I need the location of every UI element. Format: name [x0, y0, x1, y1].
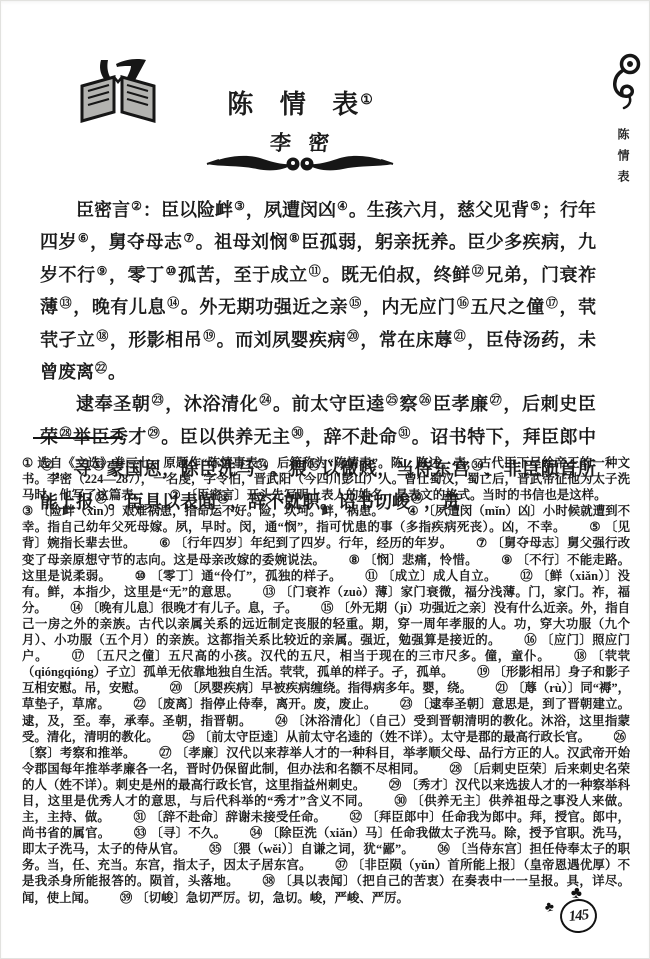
footnote-number: ⑯ — [524, 633, 537, 647]
footnote-item: ㉟〔猥（wěi）〕自谦之词，犹“鄙”。 — [209, 842, 437, 856]
note-ref: ⑬ — [60, 296, 73, 310]
footnote-number: ⑮ — [321, 601, 333, 615]
note-ref: ⑮ — [349, 296, 362, 310]
footnote-item: ⑧〔悯〕悲痛，怜惜。 — [349, 553, 502, 567]
footnote-text: 〔五尺之僮〕五尺高的小孩。汉代的五尺，相当于现在的三市尺多。僮，童仆。 — [89, 649, 550, 663]
footnote-number: ⑭ — [70, 601, 82, 615]
footnote-text: 〔晚有儿息〕很晚才有儿子。息，子。 — [87, 601, 298, 615]
footnote-item: ㊴〔切峻〕急切严厉。切，急切。峻，严峻、严厉。 — [120, 891, 409, 905]
footnote-number: ⑧ — [349, 553, 360, 567]
note-ref: ⑰ — [546, 296, 559, 310]
footnotes: ①选自《文选》卷三七。原题作“陈情事表”，后简称为“陈情表”。陈，陈述。表，古代… — [22, 455, 630, 906]
footnote-item: ㉕〔前太守臣逵〕从前太守名逵的（姓不详）。太守是郡的最高行政长官。 — [182, 730, 613, 744]
footnote-number: ④ — [407, 504, 418, 518]
footnote-number: ㉖ — [614, 730, 626, 744]
note-ref: ⑨ — [97, 264, 108, 278]
footnote-item: ㉛〔辞不赴命〕辞谢未接受任命。 — [134, 810, 350, 824]
footnote-number: ㉜ — [350, 810, 363, 824]
footnote-number: ⑩ — [135, 569, 146, 583]
body-paragraph: 臣密言②：臣以险衅③，夙遭闵凶④。生孩六月，慈父见背⑤；行年四岁⑥，舅夺母志⑦。… — [40, 192, 596, 386]
title-note-ref: ① — [360, 93, 373, 108]
footnote-text: 〔险衅（xìn）〕艰难祸患，指命运不好。险，坎坷。衅，祸患。 — [37, 504, 384, 518]
page-number-stamp: ♣ ♣ 145 — [547, 888, 607, 940]
note-ref: ② — [131, 199, 142, 213]
page-number: 145 — [568, 907, 589, 926]
footnote-divider — [33, 437, 122, 439]
note-ref: ⑤ — [530, 199, 541, 213]
footnote-item: ③〔险衅（xìn）〕艰难祸患，指命运不好。险，坎坷。衅，祸患。 — [22, 504, 407, 518]
footnote-number: ㉟ — [209, 842, 222, 856]
note-ref: ㉒ — [95, 361, 107, 375]
footnote-number: ⑳ — [170, 681, 182, 695]
footnote-item: ⑥〔行年四岁〕年纪到了四岁。行年，经历的年岁。 — [159, 536, 476, 550]
footnote-number: ㊲ — [335, 858, 348, 872]
note-ref: ⑳ — [347, 329, 359, 343]
note-ref: ⑭ — [167, 296, 180, 310]
margin-chapter-label: 陈情表 — [615, 128, 632, 218]
footnote-number: ㉒ — [134, 697, 147, 711]
footnote-number: ⑰ — [72, 649, 85, 663]
author-flourish-icon — [205, 151, 395, 177]
note-ref: ④ — [337, 199, 348, 213]
footnote-number: ⑱ — [574, 649, 587, 663]
footnote-number: ⑬ — [263, 585, 276, 599]
footnote-number: ㉚ — [394, 794, 407, 808]
footnote-number: ㉙ — [389, 778, 401, 792]
note-ref: ⑲ — [203, 329, 215, 343]
footnote-number: ㉗ — [159, 746, 172, 760]
footnote-number: ⑥ — [159, 536, 170, 550]
note-ref: ⑩ — [166, 264, 177, 278]
page-title-text: 陈 情 表 — [227, 90, 360, 119]
footnote-text: 〔辞不赴命〕辞谢未接受任命。 — [150, 810, 326, 824]
footnote-item: ②〔臣密言〕开头先写明上表人的姓名，是表文的格式。当时的书信也是这样。 — [170, 488, 630, 502]
note-ref: ㉙ — [148, 426, 160, 440]
note-ref: ③ — [234, 199, 245, 213]
footnote-number: ⑤ — [589, 520, 601, 534]
footnote-number: ㊴ — [120, 891, 132, 905]
footnote-item: ⑭〔晚有儿息〕很晚才有儿子。息，子。 — [70, 601, 321, 615]
footnote-number: ⑦ — [476, 536, 487, 550]
footnote-number: ⑪ — [365, 569, 378, 583]
footnote-text: 〔行年四岁〕年纪到了四岁。行年，经历的年岁。 — [175, 536, 453, 550]
footnote-text: 〔悯〕悲痛，怜惜。 — [364, 553, 478, 567]
note-ref: ㉚ — [292, 426, 304, 440]
footnote-number: ② — [170, 488, 181, 502]
footnote-text: 〔夙婴疾病〕早被疾病缠绕。指得病多年。婴，绕。 — [186, 681, 472, 695]
footnote-number: ⑨ — [501, 553, 512, 567]
footnote-number: ㉛ — [134, 810, 147, 824]
footnote-number: ㉓ — [400, 697, 413, 711]
footnote-number: ⑫ — [520, 569, 533, 583]
footnote-text: 〔寻〕不久。 — [151, 826, 227, 840]
note-ref: ⑫ — [472, 264, 485, 278]
note-ref: ㉓ — [152, 393, 165, 407]
footnote-number: ⑲ — [477, 665, 489, 679]
footnote-text: 〔猥（wěi）〕自谦之词，犹“鄙”。 — [226, 842, 414, 856]
footnote-item: ⑪〔成立〕成人自立。 — [365, 569, 520, 583]
page-number-circle: 145 — [558, 897, 598, 935]
footnote-text: 〔成立〕成人自立。 — [382, 569, 497, 583]
footnote-number: ㉔ — [275, 714, 288, 728]
note-ref: ⑱ — [96, 329, 108, 343]
footnote-number: ㊳ — [263, 874, 276, 888]
note-ref: ㉗ — [490, 393, 503, 407]
margin-ornament-icon — [610, 52, 644, 110]
floral-divider-icon — [205, 151, 395, 177]
footnote-number: ㉝ — [134, 826, 147, 840]
footnote-number: ㉕ — [182, 730, 194, 744]
footnote-text: 〔臣密言〕开头先写明上表人的姓名，是表文的格式。当时的书信也是这样。 — [185, 488, 607, 502]
footnote-item: ⑳〔夙婴疾病〕早被疾病缠绕。指得病多年。婴，绕。 — [170, 681, 496, 695]
footnote-item: ⑩〔零丁〕通“伶仃”，孤独的样子。 — [135, 569, 366, 583]
footnote-number: ① — [22, 456, 33, 470]
note-ref: ㉛ — [398, 426, 410, 440]
note-ref: ㉑ — [454, 329, 466, 343]
footnote-item: ⑰〔五尺之僮〕五尺高的小孩。汉代的五尺，相当于现在的三市尺多。僮，童仆。 — [72, 649, 574, 663]
page-title: 陈 情 表① — [227, 90, 373, 119]
footnote-number: ㉑ — [496, 681, 508, 695]
note-ref: ⑧ — [289, 231, 300, 245]
footnote-number: ㉘ — [450, 762, 463, 776]
clover-icon: ♣ — [543, 900, 555, 916]
footnote-text: 〔察〕考察和推举。 — [22, 746, 136, 760]
footnote-item: ㉝〔寻〕不久。 — [134, 826, 250, 840]
footnote-text: 〔零丁〕通“伶仃”，孤独的样子。 — [150, 569, 342, 583]
note-ref: ⑯ — [457, 296, 470, 310]
note-ref: ⑥ — [78, 231, 89, 245]
textbook-page: 陈 情 表① 李 密 臣密言②：臣以险衅③，夙遭闵凶④。生孩六月，慈父见背⑤；行… — [0, 0, 650, 959]
footnote-number: ㊱ — [437, 842, 450, 856]
scroll-swirl-icon — [610, 52, 644, 110]
note-ref: ㉖ — [419, 393, 432, 407]
footnote-number: ③ — [22, 504, 33, 518]
note-ref: ㉕ — [386, 393, 399, 407]
title-row: 陈 情 表① — [0, 84, 600, 121]
note-ref: ㉔ — [259, 393, 272, 407]
footnote-text: 〔前太守臣逵〕从前太守名逵的（姓不详）。太守是郡的最高行政长官。 — [199, 730, 590, 744]
note-ref: ⑦ — [183, 231, 194, 245]
footnote-text: 〔切峻〕急切严厉。切，急切。峻，严峻、严厉。 — [136, 891, 409, 905]
footnote-item: ㉒〔废离〕指停止侍奉，离开。废，废止。 — [134, 697, 400, 711]
footnote-text: 〔废离〕指停止侍奉，离开。废，废止。 — [150, 697, 376, 711]
note-ref: ⑪ — [309, 264, 322, 278]
footnote-number: ㉞ — [250, 826, 263, 840]
